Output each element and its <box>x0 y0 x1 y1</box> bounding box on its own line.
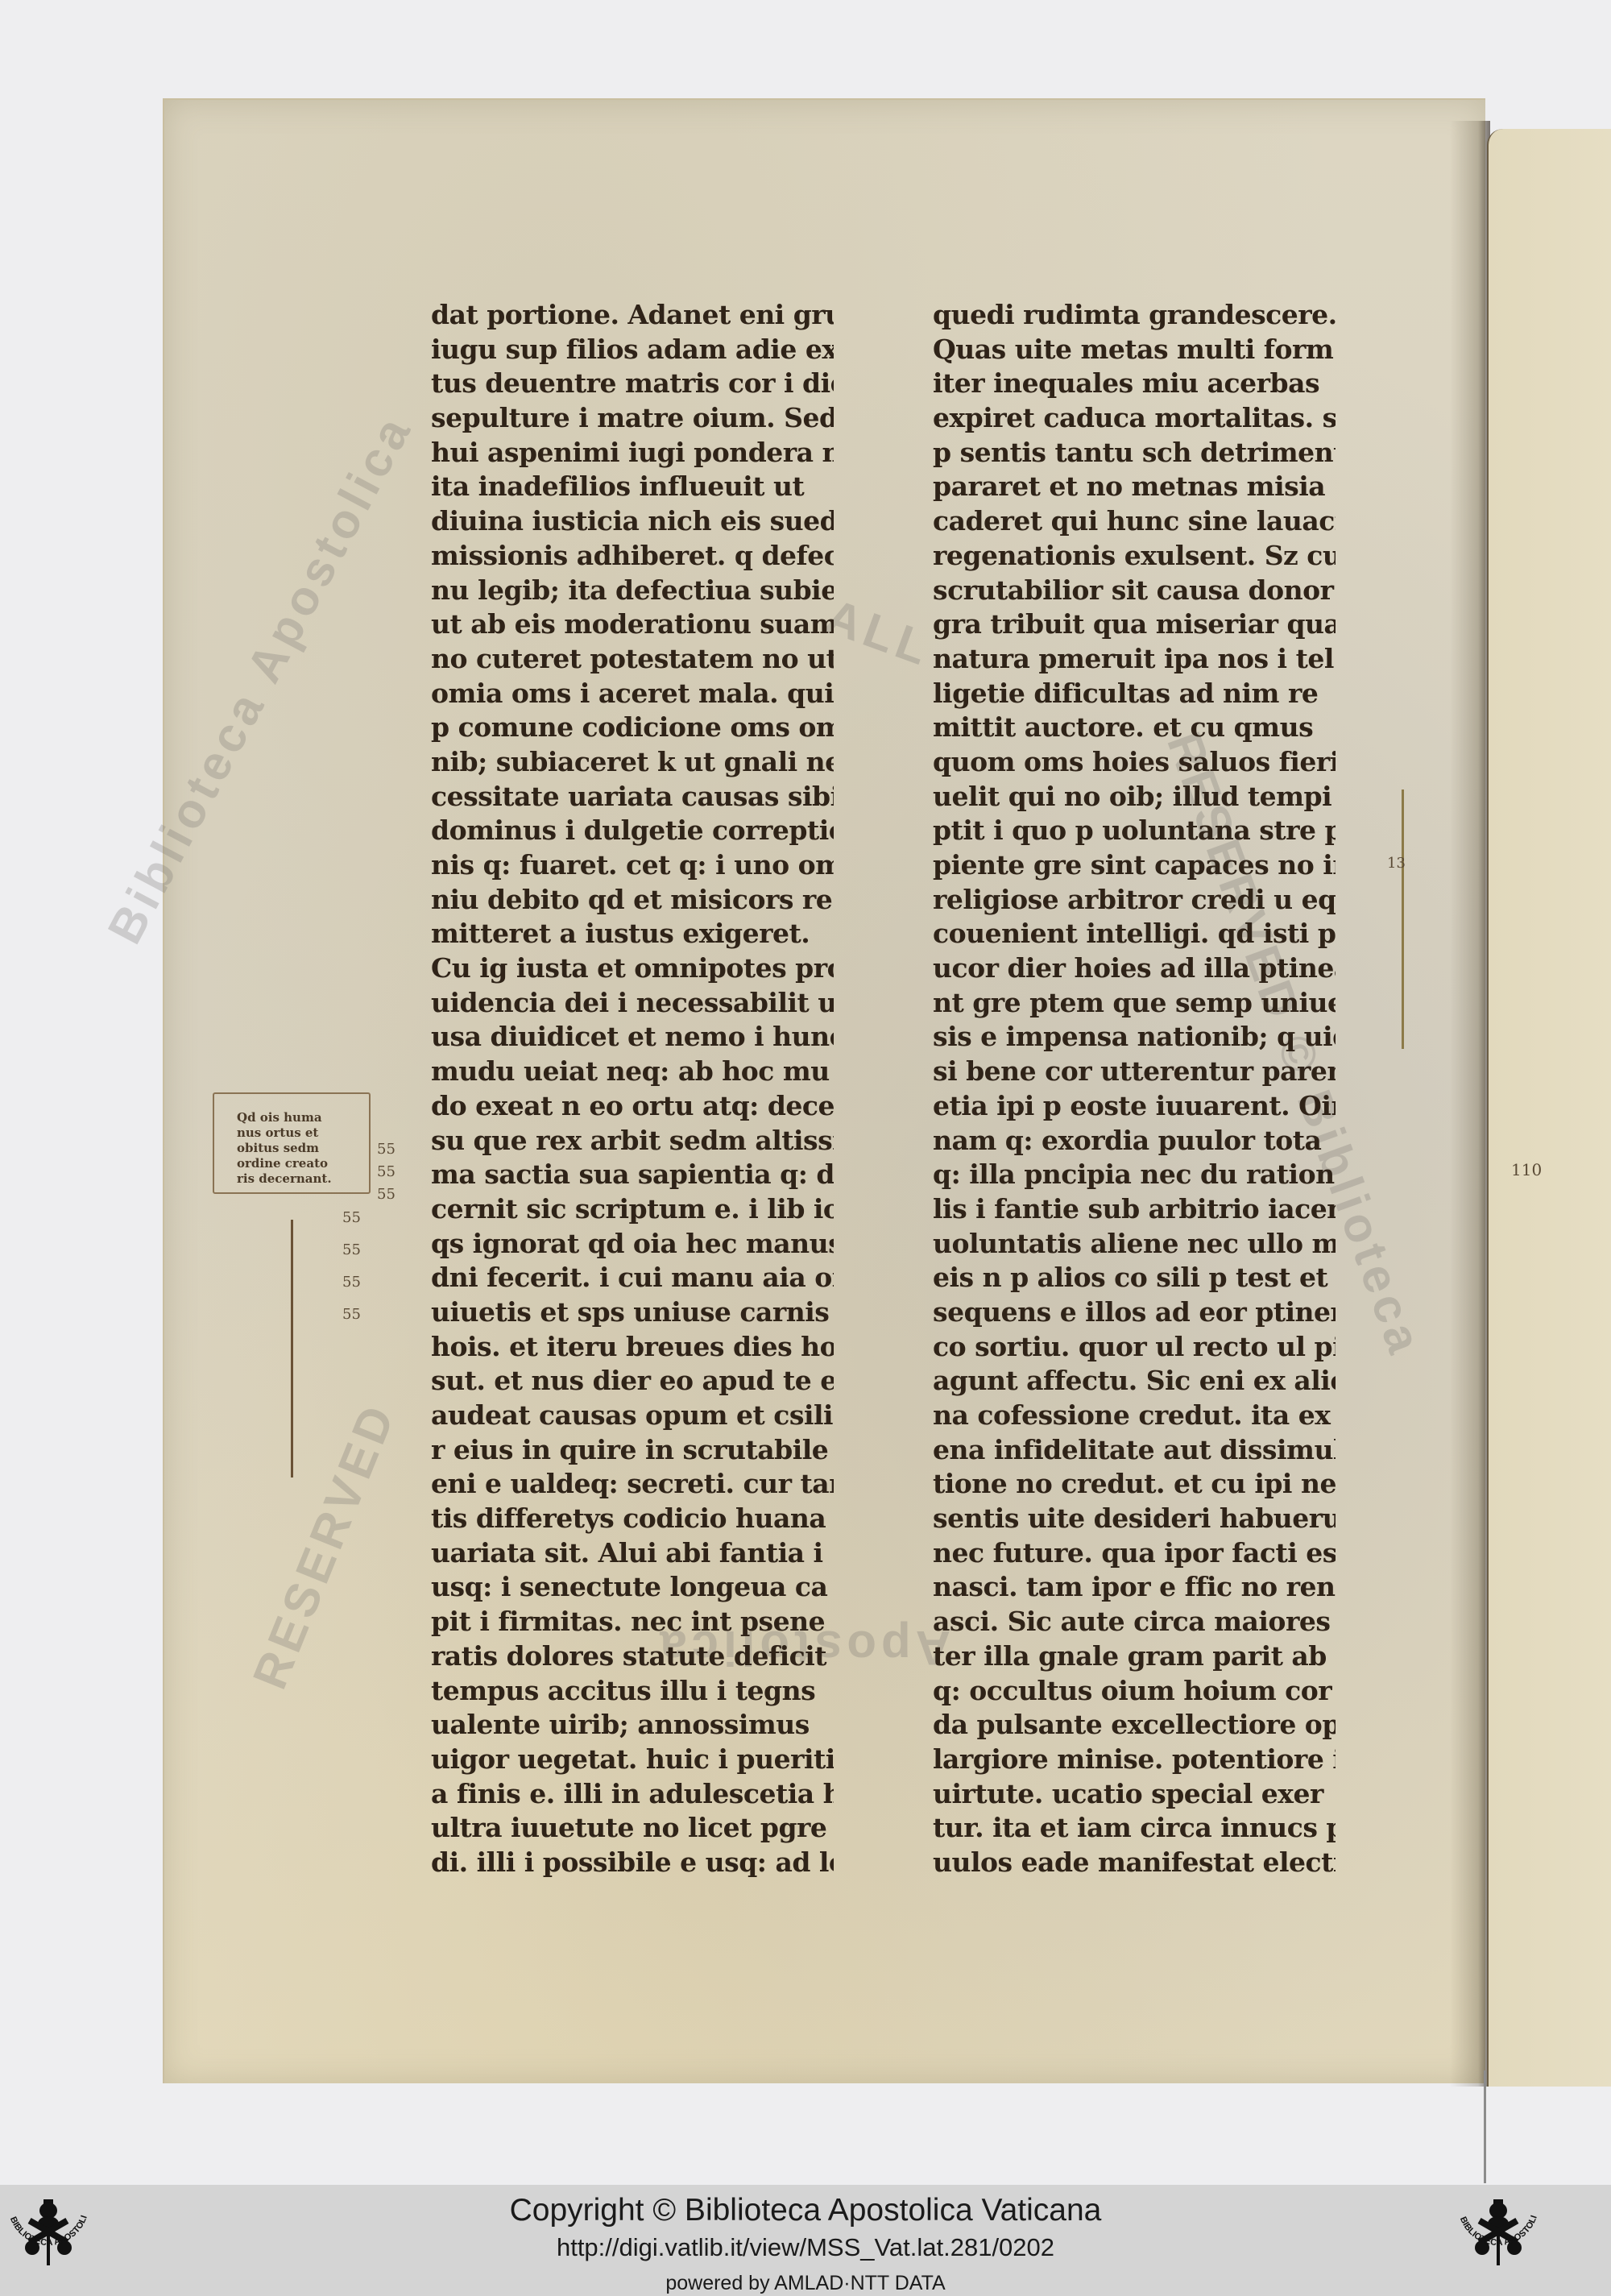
marginal-note-box: Qd ois huma nus ortus et obitus sedm ord… <box>213 1092 371 1194</box>
manuscript-text-line: eis n p alios co sili p test et co <box>933 1261 1336 1295</box>
manuscript-text-line: ratis dolores statute deficit <box>431 1639 834 1674</box>
margin-mark: 55 <box>377 1140 396 1159</box>
manuscript-text-line: dni fecerit. i cui manu aia ois <box>431 1261 834 1295</box>
marginal-note-line: nus ortus et <box>237 1125 364 1141</box>
manuscript-text-line: uidencia dei i necessabilit uni <box>431 986 834 1021</box>
manuscript-text-line: uelit qui no oib; illud tempi <box>933 780 1336 814</box>
marginal-note-line: obitus sedm <box>237 1141 364 1156</box>
margin-mark: 55 <box>342 1305 361 1324</box>
marginal-note-line: Qd ois huma <box>237 1110 364 1125</box>
manuscript-text-line: sepulture i matre oium. Sed <box>431 401 834 436</box>
manuscript-text-line: sis e impensa nationib; q uiq: <box>933 1020 1336 1055</box>
manuscript-text-line: nu legib; ita defectiua subiec <box>431 574 834 608</box>
manuscript-text-line: cernit sic scriptum e. i lib iob. <box>431 1192 834 1227</box>
manuscript-text-line: hois. et iteru breues dies hois <box>431 1330 834 1365</box>
manuscript-text-line: sentis uite desideri habuerut <box>933 1502 1336 1536</box>
manuscript-text-line: uirtute. ucatio special exer <box>933 1777 1336 1812</box>
manuscript-text-line: sequens e illos ad eor ptinere <box>933 1295 1336 1330</box>
manuscript-text-line: asci. Sic aute circa maiores p <box>933 1605 1336 1639</box>
manuscript-text-line: nis q: fuaret. cet q: i uno om <box>431 848 834 883</box>
marginal-note-line: ordine creato <box>237 1156 364 1171</box>
marginal-note-line: ris decernant. <box>237 1171 364 1187</box>
manuscript-text-line: audeat causas opum et csilio <box>431 1399 834 1433</box>
facing-page-edge <box>1487 129 1611 2087</box>
manuscript-text-line: couenient intelligi. qd isti pa <box>933 917 1336 951</box>
manuscript-text-line: ut ab eis moderationu suam i <box>431 607 834 642</box>
manuscript-text-line: omia oms i aceret mala. quia <box>431 677 834 711</box>
margin-mark: 13 <box>1387 854 1406 873</box>
manuscript-text-line: q: occultus oium hoium cor <box>933 1674 1336 1709</box>
copyright-footer: Copyright © Biblioteca Apostolica Vatica… <box>0 2185 1611 2296</box>
source-url[interactable]: http://digi.vatlib.it/view/MSS_Vat.lat.2… <box>0 2233 1611 2262</box>
manuscript-text-line: tis differetys codicio huana <box>431 1502 834 1536</box>
manuscript-text-line: eni e ualdeq: secreti. cur tan <box>431 1467 834 1502</box>
copyright-text: Copyright © Biblioteca Apostolica Vatica… <box>0 2193 1611 2228</box>
powered-by-text: powered by AMLAD·NTT DATA <box>0 2272 1611 2295</box>
manuscript-text-line: no cuteret potestatem no utd <box>431 642 834 677</box>
manuscript-text-line: qs ignorat qd oia hec manus <box>431 1227 834 1262</box>
manuscript-text-line: mittit auctore. et cu qmus <box>933 711 1336 745</box>
manuscript-text-line: tur. ita et iam circa innucs pa <box>933 1811 1336 1846</box>
manuscript-text-line: ualente uirib; annossimus <box>431 1708 834 1743</box>
manuscript-text-line: sut. et nus dier eo apud te e. qs <box>431 1364 834 1399</box>
manuscript-text-line: Quas uite metas multi form <box>933 333 1336 367</box>
manuscript-text-line: ter illa gnale gram parit ab <box>933 1639 1336 1674</box>
manuscript-text-line: p comune codicione oms om <box>431 711 834 745</box>
manuscript-text-line: diuina iusticia nich eis suedi <box>431 504 834 539</box>
manuscript-text-line: ma sactia sua sapientia q: de <box>431 1158 834 1192</box>
manuscript-text-line: dominus i dulgetie correptio <box>431 814 834 848</box>
manuscript-text-line: ligetie dificultas ad nim re <box>933 677 1336 711</box>
manuscript-text-line: ena infidelitate aut dissimula <box>933 1433 1336 1468</box>
manuscript-text-line: co sortiu. quor ul recto ul pino <box>933 1330 1336 1365</box>
margin-mark: 55 <box>377 1163 396 1182</box>
manuscript-text-line: pararet et no metnas misia <box>933 470 1336 504</box>
manuscript-text-line: usq: i senectute longeua ca <box>431 1570 834 1605</box>
manuscript-text-line: tus deuentre matris cor i die <box>431 367 834 401</box>
manuscript-text-line: q: illa pncipia nec du rationa <box>933 1158 1336 1192</box>
manuscript-text-line: p sentis tantu sch detrimenta <box>933 436 1336 470</box>
manuscript-text-line: usa diuidicet et nemo i hunc <box>431 1020 834 1055</box>
manuscript-text-line: tempus accitus illu i tegns <box>431 1674 834 1709</box>
manuscript-text-line: ita inadefilios influeuit ut <box>431 470 834 504</box>
manuscript-text-line: r eius in quire in scrutabile i <box>431 1433 834 1468</box>
manuscript-text-line: natura pmeruit ipa nos i tel <box>933 642 1336 677</box>
manuscript-text-line: nt gre ptem que semp uniuer <box>933 986 1336 1021</box>
manuscript-text-line: iugu sup filios adam adie exi <box>431 333 834 367</box>
manuscript-text-line: hui aspenimi iugi pondera n <box>431 436 834 470</box>
gutter-shadow <box>1450 121 1490 2087</box>
text-column-left: dat portione. Adanet eni grueiugu sup fi… <box>431 298 834 1880</box>
manuscript-text-line: do exeat n eo ortu atq: deces <box>431 1089 834 1124</box>
manuscript-text-line: regenationis exulsent. Sz cu in <box>933 539 1336 574</box>
manuscript-text-line: caderet qui hunc sine lauacro <box>933 504 1336 539</box>
manuscript-text-line: si bene cor utterentur parentes. <box>933 1055 1336 1089</box>
manuscript-text-line: religiose arbitror credi u eq: i <box>933 883 1336 918</box>
text-column-right: quedi rudimta grandescere.Quas uite meta… <box>933 298 1336 1880</box>
manuscript-text-line: su que rex arbit sedm altissi <box>431 1124 834 1158</box>
manuscript-text-line: mitteret a iustus exigeret. <box>431 917 834 951</box>
manuscript-text-line: di. illi i possibile e usq: ad lo <box>431 1846 834 1880</box>
manuscript-text-line: uigor uegetat. huic i pueriti <box>431 1743 834 1777</box>
manuscript-text-line: ultra iuuetute no licet pgre <box>431 1811 834 1846</box>
manuscript-text-line: tione no credut. et cu ipi nec p <box>933 1467 1336 1502</box>
margin-mark: 55 <box>342 1241 361 1260</box>
manuscript-text-line: mudu ueiat neq: ab hoc mu <box>431 1055 834 1089</box>
manuscript-text-line: iter inequales miu acerbas <box>933 367 1336 401</box>
manuscript-text-line: expiret caduca mortalitas. si <box>933 401 1336 436</box>
manuscript-text-line: na cofessione credut. ita ex ali <box>933 1399 1336 1433</box>
manuscript-text-line: nam q: exordia puulor tota <box>933 1124 1336 1158</box>
manuscript-text-line: pit i firmitas. nec int psene <box>431 1605 834 1639</box>
manuscript-text-line: ptit i quo p uoluntana stre pci <box>933 814 1336 848</box>
manuscript-text-line: dat portione. Adanet eni grue <box>431 298 834 333</box>
margin-bracket-line <box>1402 790 1404 1049</box>
manuscript-text-line: scrutabilior sit causa donor q: <box>933 574 1336 608</box>
margin-mark: 55 <box>342 1208 361 1228</box>
manuscript-text-line: uoluntatis aliene nec ullo mo <box>933 1227 1336 1262</box>
manuscript-text-line: nasci. tam ipor e ffic no ren <box>933 1570 1336 1605</box>
manuscript-text-line: cessitate uariata causas sibi <box>431 780 834 814</box>
folio-number: 110 <box>1511 1160 1542 1179</box>
manuscript-text-line: da pulsante excellectiore ope. <box>933 1708 1336 1743</box>
manuscript-text-line: Cu ig iusta et omnipotes pro <box>431 951 834 986</box>
margin-bracket-line <box>291 1220 293 1477</box>
manuscript-text-line: nec future. qua ipor facti est <box>933 1536 1336 1571</box>
manuscript-text-line: nib; subiaceret k ut gnali ne <box>431 745 834 780</box>
vatican-library-logo-icon: BIBLIOTECA APOSTOLICA VATICANA <box>0 2188 97 2293</box>
manuscript-text-line: etia ipi p eoste iuuarent. Oim <box>933 1089 1336 1124</box>
manuscript-text-line: piente gre sint capaces no in <box>933 848 1336 883</box>
manuscript-text-line: largiore minise. potentiore i <box>933 1743 1336 1777</box>
binding-edge <box>1484 2070 1486 2183</box>
manuscript-text-line: niu debito qd et misicors re <box>431 883 834 918</box>
manuscript-text-line: quom oms hoies saluos fieri <box>933 745 1336 780</box>
manuscript-text-line: gra tribuit qua miseriar quas <box>933 607 1336 642</box>
manuscript-text-line: uulos eade manifestat electio. <box>933 1846 1336 1880</box>
manuscript-text-line: lis i fantie sub arbitrio iacent <box>933 1192 1336 1227</box>
manuscript-text-line: ucor dier hoies ad illa ptinea <box>933 951 1336 986</box>
manuscript-text-line: uiuetis et sps uniuse carnis <box>431 1295 834 1330</box>
manuscript-text-line: missionis adhiberet. q defectio <box>431 539 834 574</box>
margin-mark: 55 <box>377 1185 396 1204</box>
manuscript-text-line: quedi rudimta grandescere. <box>933 298 1336 333</box>
manuscript-text-line: agunt affectu. Sic eni ex alie <box>933 1364 1336 1399</box>
manuscript-text-line: uariata sit. Alui abi fantia i <box>431 1536 834 1571</box>
vatican-library-logo-icon: BIBLIOTECA APOSTOLICA VATICANA <box>1450 2188 1547 2293</box>
manuscript-text-line: a finis e. illi in adulescetia hc <box>431 1777 834 1812</box>
margin-mark: 55 <box>342 1273 361 1292</box>
